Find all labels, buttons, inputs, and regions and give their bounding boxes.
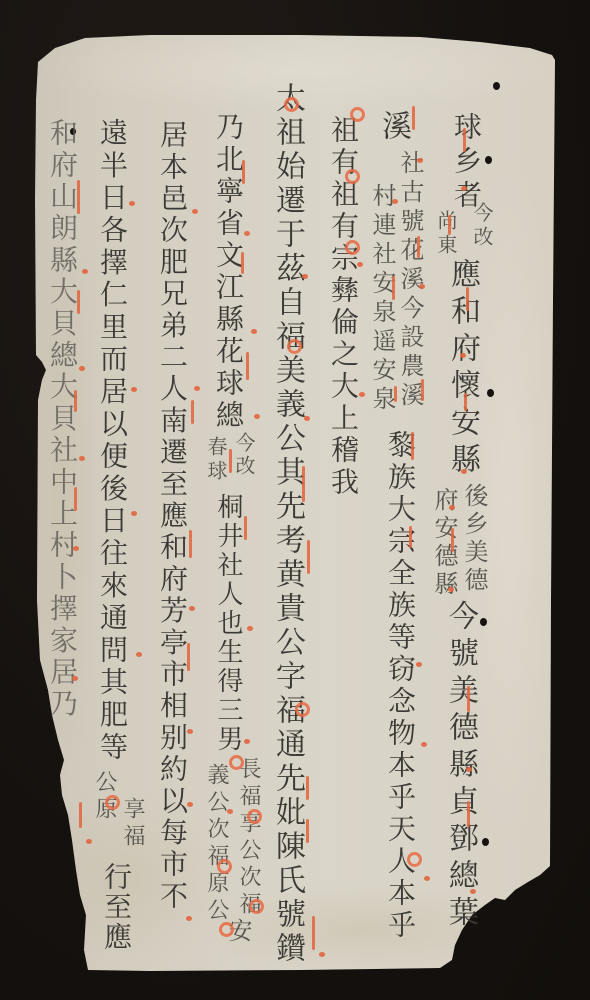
red-dot-mark	[304, 416, 310, 421]
binding-hole	[485, 156, 492, 164]
red-circle-mark	[247, 809, 262, 824]
red-dot-mark	[227, 809, 233, 814]
red-name-line	[448, 215, 451, 235]
column-5-note-1-left: 春球	[206, 436, 226, 484]
red-dot-mark	[189, 606, 195, 611]
column-6-text-1: 居本邑次肥兄弟二人南遷至應和府芳亭市相别約以每市不	[158, 120, 186, 913]
column-1-text-1: 球乡者	[452, 112, 480, 214]
red-name-line	[241, 252, 244, 274]
red-dot-mark	[461, 469, 467, 474]
red-name-line	[79, 802, 82, 828]
red-circle-mark	[345, 169, 360, 184]
red-name-line	[463, 128, 466, 152]
red-dot-mark	[359, 392, 365, 397]
red-name-line	[464, 393, 467, 411]
column-7-text-1: 遠半日各擇仁里而居以便後日往來通問其肥等	[98, 118, 126, 764]
red-dot-mark	[187, 802, 193, 807]
red-circle-mark	[287, 339, 302, 354]
red-dot-mark	[187, 729, 193, 734]
red-name-line	[394, 386, 397, 402]
red-dot-mark	[247, 626, 253, 631]
red-circle-mark	[350, 107, 365, 122]
column-2-note-right: 社古號花溪今設農溪	[398, 150, 422, 411]
red-dot-mark	[470, 889, 476, 894]
red-name-line	[451, 528, 454, 552]
red-dot-mark	[244, 231, 250, 236]
red-dot-mark	[194, 386, 200, 391]
red-circle-mark	[105, 795, 120, 810]
red-dot-mark	[421, 742, 427, 747]
column-1-note-1-left: 尚東	[436, 210, 456, 258]
red-name-line	[244, 516, 247, 540]
column-1-note-2-right: 後乡美德	[462, 483, 486, 595]
red-name-line	[306, 776, 309, 800]
red-name-line	[302, 466, 305, 502]
column-5-note-2-right: 長福享公次福	[237, 757, 259, 919]
red-circle-mark	[284, 97, 299, 112]
red-dot-mark	[466, 767, 472, 772]
binding-hole	[493, 82, 500, 90]
red-dot-mark	[416, 662, 422, 667]
red-dot-mark	[79, 456, 85, 461]
red-circle-mark	[229, 755, 244, 770]
red-circle-mark	[249, 899, 264, 914]
red-dot-mark	[357, 262, 363, 267]
column-7-note-right: 享福	[121, 797, 143, 851]
column-1-note-1-right: 今改	[472, 202, 492, 250]
red-name-line	[467, 801, 470, 827]
red-dot-mark	[86, 839, 92, 844]
red-dot-mark	[461, 186, 467, 191]
red-name-line	[307, 540, 310, 574]
red-dot-mark	[79, 366, 85, 371]
column-2-text-1: 溪	[378, 110, 408, 140]
red-dot-mark	[302, 274, 308, 279]
column-1-text-2: 應和府懷安縣	[447, 258, 477, 480]
red-dot-mark	[136, 652, 142, 657]
red-name-line	[467, 686, 470, 712]
red-dot-mark	[73, 546, 79, 551]
red-name-line	[417, 236, 420, 258]
red-name-line	[74, 390, 77, 412]
red-name-line	[77, 290, 80, 314]
column-5-text-1: 乃北寧省文江縣花球總	[214, 112, 242, 432]
red-name-line	[74, 487, 77, 511]
red-name-line	[421, 379, 424, 401]
red-dot-mark	[251, 329, 257, 334]
red-dot-mark	[72, 676, 78, 681]
column-7-text-2: 行至應	[102, 862, 130, 952]
red-name-line	[312, 916, 315, 950]
red-dot-mark	[460, 353, 466, 358]
red-dot-mark	[449, 505, 455, 510]
binding-hole	[487, 389, 494, 397]
red-name-line	[187, 643, 190, 671]
red-name-line	[411, 432, 414, 460]
column-8-text-1: 和府山朗縣大貝總大貝社中上村卜擇家居乃	[48, 118, 76, 720]
red-dot-mark	[419, 284, 425, 289]
column-2-note-left: 村連社安泉遥安泉	[370, 183, 394, 415]
red-dot-mark	[448, 587, 454, 592]
column-5-text-2: 桐井社人也生得三男	[215, 493, 241, 754]
red-name-line	[306, 819, 309, 843]
red-dot-mark	[244, 739, 250, 744]
red-dot-mark	[82, 269, 88, 274]
red-dot-mark	[131, 511, 137, 516]
red-name-line	[392, 276, 395, 300]
red-name-line	[246, 352, 249, 380]
red-dot-mark	[392, 199, 398, 204]
red-circle-mark	[217, 859, 232, 874]
red-dot-mark	[131, 387, 137, 392]
red-dot-mark	[186, 916, 192, 921]
red-name-line	[77, 180, 80, 214]
red-dot-mark	[424, 876, 430, 881]
binding-hole	[482, 838, 489, 846]
column-5-note-1-right: 今改	[234, 432, 254, 478]
red-dot-mark	[192, 209, 198, 214]
red-name-line	[412, 106, 415, 130]
red-dot-mark	[254, 414, 260, 419]
binding-hole	[480, 618, 487, 626]
red-dot-mark	[319, 952, 325, 957]
red-name-line	[229, 449, 232, 473]
red-circle-mark	[219, 922, 234, 937]
column-4-text-1: 太祖始遷于茲自福美義公其先考黄貴公字福通先妣陳氏號鑽	[272, 82, 302, 966]
red-name-line	[191, 400, 194, 424]
column-5-note-2-left: 義公次福原公	[205, 763, 227, 925]
red-dot-mark	[129, 201, 135, 206]
red-name-line	[409, 526, 412, 548]
red-name-line	[189, 530, 192, 558]
red-name-line	[242, 160, 245, 184]
red-circle-mark	[345, 240, 360, 255]
red-name-line	[466, 287, 469, 311]
red-circle-mark	[295, 702, 310, 717]
red-circle-mark	[407, 852, 422, 867]
red-dot-mark	[417, 158, 423, 163]
